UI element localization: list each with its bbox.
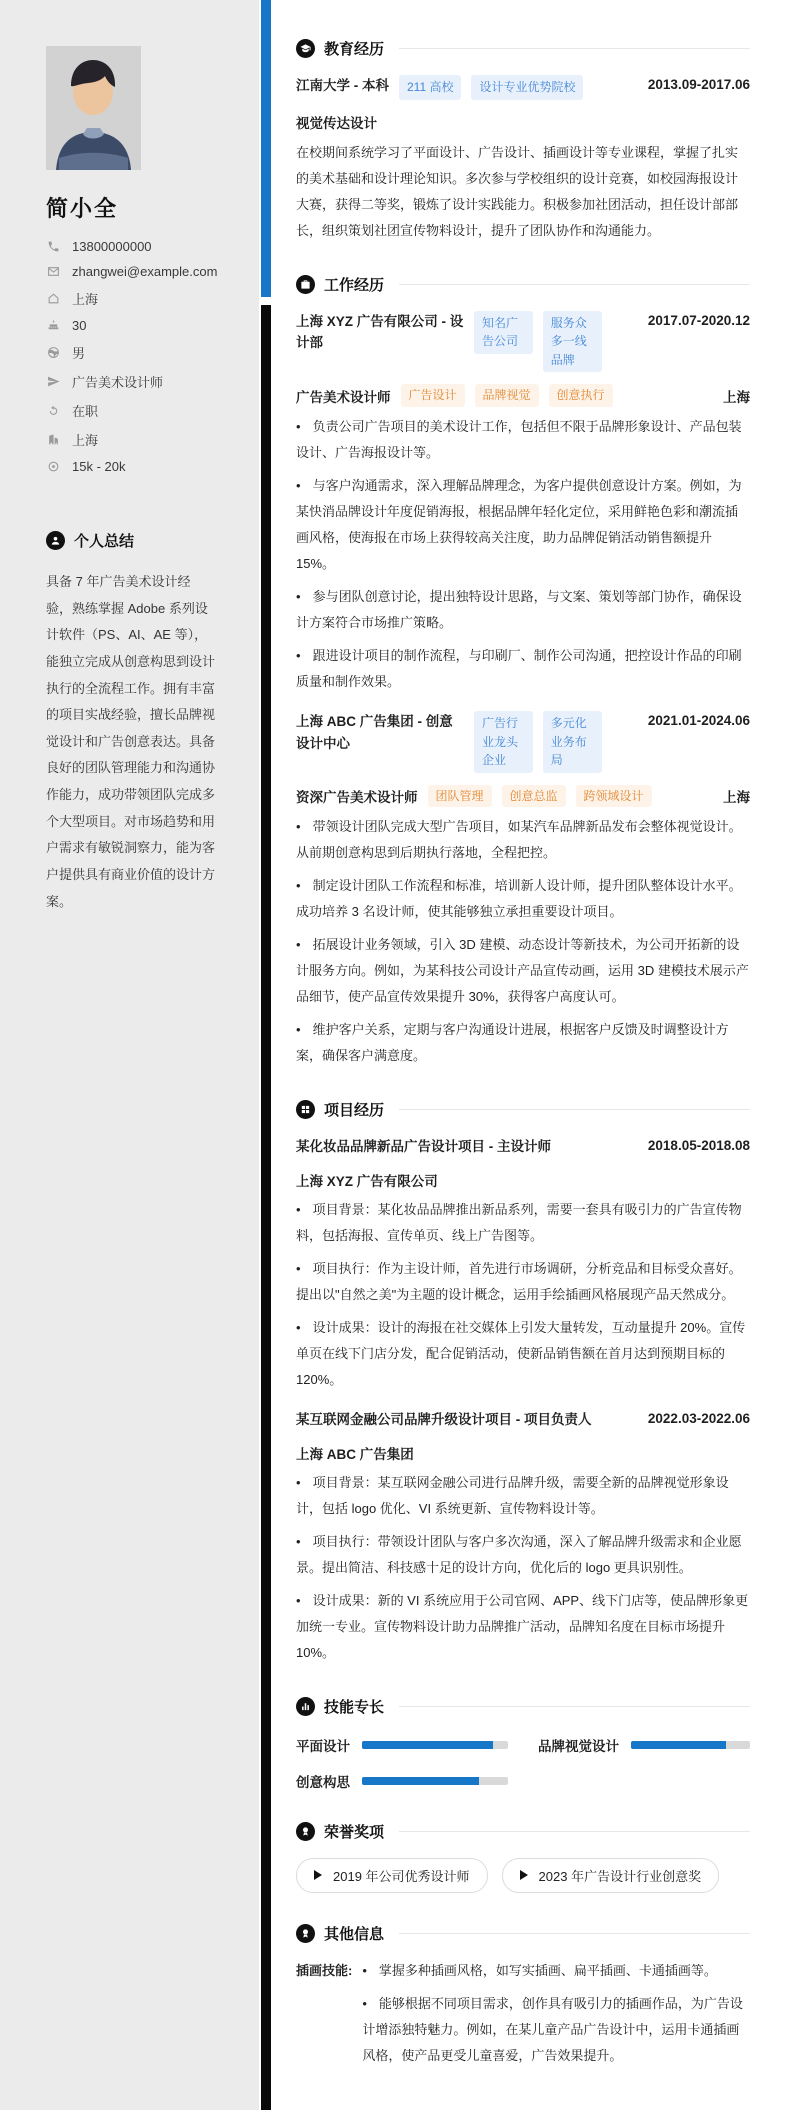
section-header-education: 教育经历 [296,38,750,59]
work-bullet: 负责公司广告项目的美术设计工作，包括但不限于品牌形象设计、产品包装设计、广告海报… [296,414,750,466]
briefcase-icon [296,275,315,294]
contact-salary: 15k - 20k [46,459,215,474]
work-date: 2021.01-2024.06 [648,711,750,728]
project-entry: 某化妆品品牌新品广告设计项目 - 主设计师 2018.05-2018.08 上海… [296,1136,750,1393]
role-tag: 跨领域设计 [576,785,652,808]
contact-salary-value: 15k - 20k [72,459,125,474]
skill-bar-track [362,1777,508,1785]
section-title: 工作经历 [324,274,384,295]
section-title: 技能专长 [324,1696,384,1717]
role-tag: 创意总监 [502,785,566,808]
company-name: 上海 ABC 广告集团 - 创意设计中心 [296,711,464,754]
skill-bar-fill [631,1741,726,1749]
divider [399,48,750,49]
other-bullet: 掌握多种插画风格，如写实插画、扁平插画、卡通插画等。 [362,1958,750,1984]
contact-status: 在职 [46,401,215,420]
section-title: 教育经历 [324,38,384,59]
candidate-name: 简小全 [46,192,215,223]
role-tag: 团队管理 [428,785,492,808]
role-tag: 广告设计 [401,384,465,407]
section-header-projects: 项目经历 [296,1099,750,1120]
skill-item: 品牌视觉设计 [538,1735,750,1755]
skill-bar-fill [362,1777,479,1785]
skills-grid: 平面设计 品牌视觉设计 创意构思 [296,1735,750,1791]
role-row: 广告美术设计师 广告设计 品牌视觉 创意执行 上海 [296,384,750,407]
role-tag: 品牌视觉 [475,384,539,407]
company-tag: 多元化业务布局 [543,711,602,773]
work-entry-head: 上海 ABC 广告集团 - 创意设计中心 广告行业龙头企业 多元化业务布局 20… [296,711,750,773]
project-bullet: 项目执行：作为主设计师，首先进行市场调研，分析竞品和目标受众喜好。提出以"自然之… [296,1256,750,1308]
section-header-honors: 荣誉奖项 [296,1821,750,1842]
project-name: 某互联网金融公司品牌升级设计项目 - 项目负责人 [296,1409,592,1431]
project-name: 某化妆品品牌新品广告设计项目 - 主设计师 [296,1136,551,1158]
contact-gender: 男 [46,343,215,362]
contact-age-value: 30 [72,318,86,333]
work-location: 上海 [723,386,750,406]
divider [399,284,750,285]
contact-job-value: 广告美术设计师 [72,372,163,391]
company-tag: 服务众多一线品牌 [543,311,602,373]
divider [399,1933,750,1934]
status-icon [46,404,60,418]
work-bullet: 参与团队创意讨论，提出独特设计思路，与文案、策划等部门协作，确保设计方案符合市场… [296,584,750,636]
play-icon [520,1870,528,1880]
award-icon [296,1822,315,1841]
education-date: 2013.09-2017.06 [648,75,750,92]
bar-chart-icon [296,1697,315,1716]
contact-city-value: 上海 [72,430,98,449]
work-entry: 上海 ABC 广告集团 - 创意设计中心 广告行业龙头企业 多元化业务布局 20… [296,711,750,1069]
skill-bar-track [631,1741,750,1749]
home-icon [46,292,60,306]
award-text: 2023 年广告设计行业创意奖 [539,1866,702,1885]
summary-header: 个人总结 [46,530,215,551]
grid-icon [296,1100,315,1119]
work-location: 上海 [723,786,750,806]
gender-icon [46,346,60,360]
summary-text: 具备 7 年广告美术设计经验，熟练掌握 Adobe 系列设计软件（PS、AI、A… [46,569,215,915]
divider [399,1831,750,1832]
award-badge: 2023 年广告设计行业创意奖 [502,1858,720,1893]
role-tag: 创意执行 [549,384,613,407]
person-icon [46,531,65,550]
contact-status-value: 在职 [72,401,98,420]
project-bullet: 项目执行：带领设计团队与客户多次沟通，深入了解品牌升级需求和企业愿景。提出简洁、… [296,1529,750,1581]
summary-title: 个人总结 [74,530,134,551]
contact-email-value: zhangwei@example.com [72,264,217,279]
role-name: 广告美术设计师 [296,386,391,406]
skill-label: 品牌视觉设计 [538,1735,619,1755]
medal-icon [296,1924,315,1943]
graduation-cap-icon [296,39,315,58]
skill-label: 创意构思 [296,1771,350,1791]
phone-icon [46,240,60,254]
work-bullet: 拓展设计业务领域，引入 3D 建模、动态设计等新技术，为公司开拓新的设计服务方向… [296,932,750,1010]
accent-stripe-black [261,305,271,2110]
education-description: 在校期间系统学习了平面设计、广告设计、插画设计等专业课程，掌握了扎实的美术基础和… [296,140,750,244]
contact-phone-value: 13800000000 [72,239,152,254]
project-date: 2022.03-2022.06 [648,1409,750,1426]
section-title: 荣誉奖项 [324,1821,384,1842]
contact-home-value: 上海 [72,289,98,308]
project-date: 2018.05-2018.08 [648,1136,750,1153]
age-icon [46,319,60,333]
education-entry: 江南大学 - 本科 211 高校 设计专业优势院校 2013.09-2017.0… [296,75,750,244]
skill-item: 平面设计 [296,1735,508,1755]
accent-stripe-blue [261,0,271,297]
contact-job: 广告美术设计师 [46,372,215,391]
resume-main: 教育经历 江南大学 - 本科 211 高校 设计专业优势院校 2013.09-2… [296,0,750,2110]
section-title: 项目经历 [324,1099,384,1120]
company-tag: 知名广告公司 [474,311,533,354]
role-row: 资深广告美术设计师 团队管理 创意总监 跨领域设计 上海 [296,785,750,808]
company-name: 上海 XYZ 广告有限公司 - 设计部 [296,311,464,354]
section-header-skills: 技能专长 [296,1696,750,1717]
project-bullet: 项目背景：某化妆品品牌推出新品系列，需要一套具有吸引力的广告宣传物料，包括海报、… [296,1197,750,1249]
contact-phone: 13800000000 [46,239,215,254]
work-entry-head: 上海 XYZ 广告有限公司 - 设计部 知名广告公司 服务众多一线品牌 2017… [296,311,750,373]
section-header-work: 工作经历 [296,274,750,295]
work-date: 2017.07-2020.12 [648,311,750,328]
contact-home: 上海 [46,289,215,308]
role-name: 资深广告美术设计师 [296,786,418,806]
award-badge: 2019 年公司优秀设计师 [296,1858,488,1893]
work-bullet: 制定设计团队工作流程和标准，培训新人设计师，提升团队整体设计水平。成功培养 3 … [296,873,750,925]
project-bullet: 设计成果：设计的海报在社交媒体上引发大量转发，互动量提升 20%。宣传单页在线下… [296,1315,750,1393]
project-entry-head: 某化妆品品牌新品广告设计项目 - 主设计师 2018.05-2018.08 [296,1136,750,1158]
work-entry: 上海 XYZ 广告有限公司 - 设计部 知名广告公司 服务众多一线品牌 2017… [296,311,750,695]
work-bullet: 跟进设计项目的制作流程，与印刷厂、制作公司沟通，把控设计作品的印刷质量和制作效果… [296,643,750,695]
salary-icon [46,460,60,474]
project-entry: 某互联网金融公司品牌升级设计项目 - 项目负责人 2022.03-2022.06… [296,1409,750,1666]
job-icon [46,375,60,389]
skill-label: 平面设计 [296,1735,350,1755]
mail-icon [46,265,60,279]
school-tag: 211 高校 [399,75,461,100]
skill-bar-track [362,1741,508,1749]
education-entry-head: 江南大学 - 本科 211 高校 设计专业优势院校 2013.09-2017.0… [296,75,750,100]
work-bullet: 带领设计团队完成大型广告项目，如某汽车品牌新品发布会整体视觉设计。从前期创意构思… [296,814,750,866]
work-bullet: 维护客户关系，定期与客户沟通设计进展，根据客户反馈及时调整设计方案，确保客户满意… [296,1017,750,1069]
award-text: 2019 年公司优秀设计师 [333,1866,470,1885]
project-bullet: 项目背景：某互联网金融公司进行品牌升级，需要全新的品牌视觉形象设计，包括 log… [296,1470,750,1522]
skill-bar-fill [362,1741,493,1749]
skill-item: 创意构思 [296,1771,508,1791]
divider [399,1109,750,1110]
other-info-bullets: 掌握多种插画风格，如写实插画、扁平插画、卡通插画等。 能够根据不同项目需求，创作… [362,1958,750,2076]
project-bullet: 设计成果：新的 VI 系统应用于公司官网、APP、线下门店等，使品牌形象更加统一… [296,1588,750,1666]
other-info-label: 插画技能: [296,1958,352,2076]
company-tag: 广告行业龙头企业 [474,711,533,773]
contact-gender-value: 男 [72,343,85,362]
divider [399,1706,750,1707]
project-company: 上海 ABC 广告集团 [296,1443,750,1463]
school-tag: 设计专业优势院校 [471,75,583,100]
play-icon [314,1870,322,1880]
profile-photo [46,46,141,170]
major-name: 视觉传达设计 [296,112,750,132]
other-info-row: 插画技能: 掌握多种插画风格，如写实插画、扁平插画、卡通插画等。 能够根据不同项… [296,1958,750,2076]
work-bullet: 与客户沟通需求，深入理解品牌理念，为客户提供创意设计方案。例如，为某快消品牌设计… [296,473,750,577]
contact-city: 上海 [46,430,215,449]
project-entry-head: 某互联网金融公司品牌升级设计项目 - 项目负责人 2022.03-2022.06 [296,1409,750,1431]
project-company: 上海 XYZ 广告有限公司 [296,1170,750,1190]
other-bullet: 能够根据不同项目需求，创作具有吸引力的插画作品，为广告设计增添独特魅力。例如，在… [362,1991,750,2069]
sidebar: 简小全 13800000000 zhangwei@example.com 上海 … [0,0,259,2110]
award-row: 2019 年公司优秀设计师 2023 年广告设计行业创意奖 [296,1858,750,1893]
section-title: 其他信息 [324,1923,384,1944]
section-header-other: 其他信息 [296,1923,750,1944]
contact-age: 30 [46,318,215,333]
school-name: 江南大学 - 本科 [296,75,389,97]
city-icon [46,433,60,447]
contact-email: zhangwei@example.com [46,264,215,279]
